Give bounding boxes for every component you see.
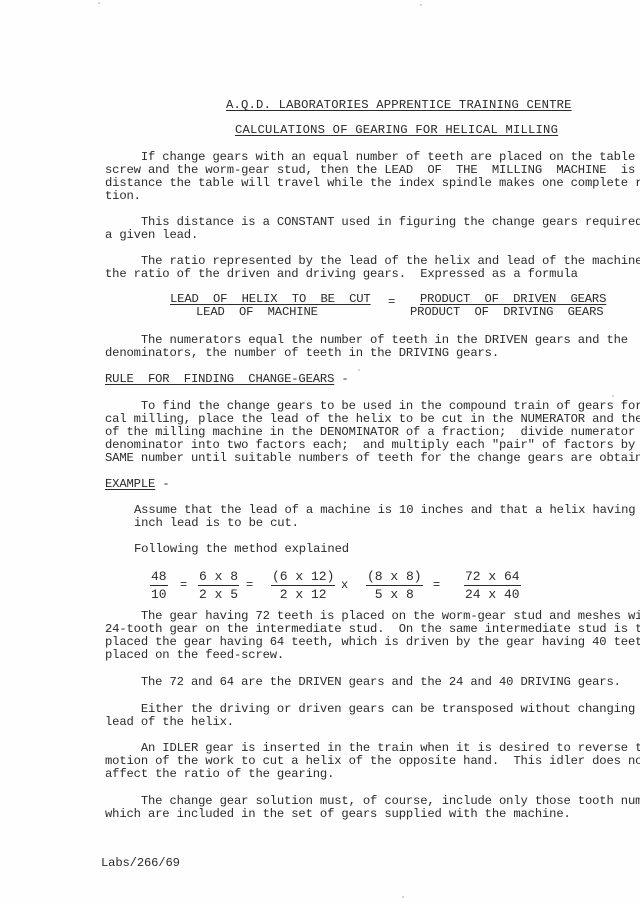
paragraph-line: affect the ratio of the gearing. — [105, 768, 334, 781]
paragraph-line: Following the method explained — [134, 543, 349, 556]
formula-right-denominator: PRODUCT OF DRIVING GEARS — [410, 306, 603, 319]
paragraph-line: SAME number until suitable numbers of te… — [105, 452, 640, 465]
paragraph-line: which are included in the set of gears s… — [105, 808, 571, 821]
paragraph-line: a given lead. — [105, 229, 198, 242]
paragraph-line: distance the table will travel while the… — [105, 177, 640, 190]
organization-header: A.Q.D. LABORATORIES APPRENTICE TRAINING … — [226, 99, 572, 112]
paragraph-line: The 72 and 64 are the DRIVEN gears and t… — [105, 676, 621, 689]
fraction-48-10: 48 10 — [150, 569, 168, 602]
scan-speck — [98, 2, 100, 4]
paragraph-line: tion. — [105, 190, 141, 203]
example-heading-dash: - — [155, 477, 169, 491]
paragraph-line: lead of the helix. — [105, 716, 234, 729]
rule-heading: RULE FOR FINDING CHANGE-GEARS - — [105, 373, 349, 386]
fraction-8x8-5x8: (8 x 8) 5 x 8 — [366, 569, 423, 602]
rule-heading-text: RULE FOR FINDING CHANGE-GEARS — [105, 372, 334, 386]
document-reference: Labs/266/69 — [101, 857, 180, 870]
document-page: A.Q.D. LABORATORIES APPRENTICE TRAINING … — [0, 0, 640, 904]
scan-speck — [402, 896, 404, 898]
fraction-72x64-24x40: 72 x 64 24 x 40 — [464, 569, 521, 602]
paragraph-line: the ratio of the driven and driving gear… — [105, 268, 578, 281]
fraction-6x8-2x5: 6 x 8 2 x 5 — [198, 569, 239, 602]
scan-speck — [612, 395, 614, 397]
formula-equals: = — [388, 296, 395, 309]
formula-left-denominator: LEAD OF MACHINE — [196, 306, 318, 319]
equals-sign: = — [433, 578, 440, 592]
equals-sign: = — [246, 578, 253, 592]
scan-speck — [358, 369, 360, 371]
fraction-6x12-2x12: (6 x 12) 2 x 12 — [271, 569, 335, 602]
scan-speck — [420, 4, 422, 6]
rule-heading-dash: - — [334, 372, 348, 386]
paragraph-line: placed on the feed-screw. — [105, 649, 284, 662]
times-sign: x — [341, 578, 348, 592]
example-heading-text: EXAMPLE — [105, 477, 155, 491]
document-title: CALCULATIONS OF GEARING FOR HELICAL MILL… — [235, 124, 558, 137]
paragraph-line: denominators, the number of teeth in the… — [105, 347, 499, 360]
paragraph-line: inch lead is to be cut. — [134, 517, 299, 530]
example-heading: EXAMPLE - — [105, 478, 169, 491]
equals-sign: = — [180, 578, 187, 592]
